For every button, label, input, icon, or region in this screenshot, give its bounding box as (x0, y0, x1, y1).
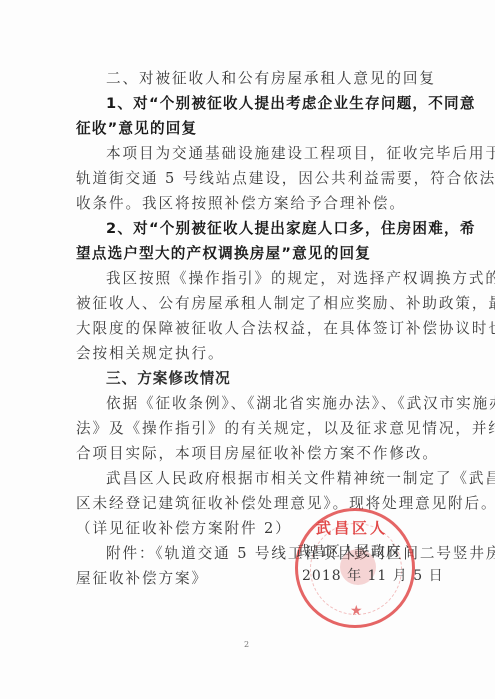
subheading-one-line-2: 征收”意见的回复 (76, 116, 430, 141)
paragraph-line: 大限度的保障被征收人合法权益，在具体签订补偿协议时也 (76, 316, 430, 341)
page-number: 2 (244, 640, 249, 649)
issuer-name: 武昌区人民政府 (296, 540, 444, 564)
paragraph-line: 合项目实际，本项目房屋征收补偿方案不作修改。 (76, 441, 430, 466)
signature-block: 武昌区人民政府 2018 年 11 月 5 日 (296, 540, 444, 588)
paragraph-line: 武昌区人民政府根据市相关文件精神统一制定了《武昌 (76, 466, 430, 491)
paragraph-line: 轨道街交通 5 号线站点建设，因公共利益需要，符合依法征 (76, 166, 430, 191)
seal-arc-text: 武昌区人 (316, 517, 388, 538)
subheading-two-line-1: 2、对“个别被征收人提出家庭人口多，住房困难，希 (76, 216, 430, 241)
section-heading-two: 二、对被征收人和公有房屋承租人意见的回复 (76, 66, 430, 91)
section-heading-three: 三、方案修改情况 (76, 366, 430, 391)
subheading-two-line-2: 望点选户型大的产权调换房屋”意见的回复 (76, 241, 430, 266)
paragraph-line: 收条件。我区将按照补偿方案给予合理补偿。 (76, 191, 430, 216)
paragraph-line: 依据《征收条例》、《湖北省实施办法》、《武汉市实施办 (76, 391, 430, 416)
document-page: 二、对被征收人和公有房屋承租人意见的回复 1、对“个别被征收人提出考虑企业生存问… (0, 0, 495, 699)
subheading-one-line-1: 1、对“个别被征收人提出考虑企业生存问题，不同意 (76, 91, 430, 116)
paragraph-line: 我区按照《操作指引》的规定，对选择产权调换方式的 (76, 266, 430, 291)
paragraph-line: 被征收人、公有房屋承租人制定了相应奖励、补助政策，最 (76, 291, 430, 316)
paragraph-line: 会按相关规定执行。 (76, 341, 430, 366)
paragraph-line: 法》及《操作指引》的有关规定，以及征求意见情况，并结 (76, 416, 430, 441)
issue-date: 2018 年 11 月 5 日 (296, 564, 444, 588)
paragraph-line: 本项目为交通基础设施建设工程项目，征收完毕后用于 (76, 141, 430, 166)
star-icon: ★ (350, 603, 363, 619)
